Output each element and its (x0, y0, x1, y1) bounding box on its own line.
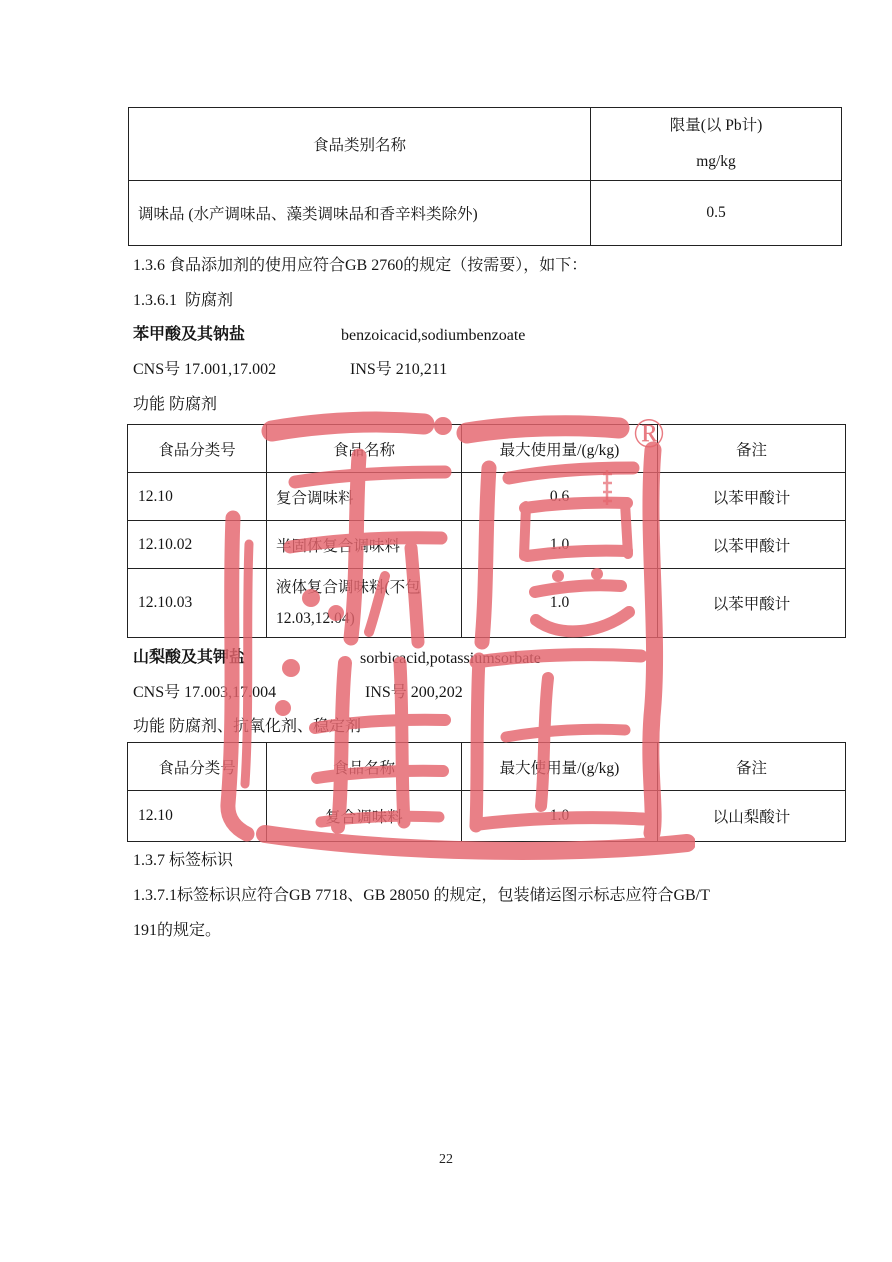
limit-header-line2: mg/kg (591, 144, 841, 180)
header-cell: 备注 (658, 425, 846, 473)
additive1-cns: CNS号 17.001,17.002 (133, 360, 276, 380)
header-cell-limit: 限量(以 Pb计) mg/kg (591, 108, 842, 181)
lead-limit-table: 食品类别名称 限量(以 Pb计) mg/kg 调味品 (水产调味品、藻类调味品和… (128, 107, 842, 246)
cell-food: 半固体复合调味料 (267, 521, 462, 569)
page-number: 22 (0, 1152, 892, 1168)
cell-max: 0.6 (462, 473, 658, 521)
section-1-3-7-1-line2: 191的规定。 (133, 921, 221, 941)
header-cell-category: 食品类别名称 (129, 108, 591, 181)
additive2-usage-table: 食品分类号 食品名称 最大使用量/(g/kg) 备注 12.10 复合调味料 1… (127, 742, 846, 842)
additive1-function: 功能 防腐剂 (133, 395, 217, 415)
table-row: 12.10.02 半固体复合调味料 1.0 以苯甲酸计 (128, 521, 846, 569)
food-name-line2: 12.03,12.04) (276, 603, 461, 634)
additive1-ins: INS号 210,211 (350, 360, 447, 380)
cell-food: 复合调味料 (267, 473, 462, 521)
section-1-3-7: 1.3.7 标签标识 (133, 851, 233, 871)
additive1-name-en: benzoicacid,sodiumbenzoate (341, 326, 525, 346)
additive2-function: 功能 防腐剂、抗氧化剂、稳定剂 (133, 717, 361, 737)
additive1-name-cn: 苯甲酸及其钠盐 (133, 325, 245, 345)
header-cell: 最大使用量/(g/kg) (462, 743, 658, 791)
cell-max: 1.0 (462, 791, 658, 842)
cell-note: 以苯甲酸计 (658, 521, 846, 569)
section-1-3-6: 1.3.6 食品添加剂的使用应符合GB 2760的规定（按需要），如下： (133, 256, 587, 276)
limit-header-line1: 限量(以 Pb计) (591, 108, 841, 144)
section-1-3-7-1-line1: 1.3.7.1标签标识应符合GB 7718、GB 28050 的规定，包装储运图… (133, 886, 710, 906)
cell-food: 复合调味料 (267, 791, 462, 842)
additive2-name-en: sorbicacid,potassiumsorbate (360, 649, 541, 669)
food-name-line1: 液体复合调味料(不包 (276, 572, 461, 603)
cell-max: 1.0 (462, 569, 658, 638)
cell-code: 12.10.02 (128, 521, 267, 569)
section-1-3-6-1: 1.3.6.1 防腐剂 (133, 291, 233, 311)
table-row: 12.10 复合调味料 1.0 以山梨酸计 (128, 791, 846, 842)
additive1-usage-table: 食品分类号 食品名称 最大使用量/(g/kg) 备注 12.10 复合调味料 0… (127, 424, 846, 638)
cell-note: 以苯甲酸计 (658, 473, 846, 521)
header-cell: 食品分类号 (128, 425, 267, 473)
cell-category: 调味品 (水产调味品、藻类调味品和香辛料类除外) (129, 181, 591, 246)
header-cell: 食品名称 (267, 425, 462, 473)
cell-code: 12.10 (128, 791, 267, 842)
cell-limit-value: 0.5 (591, 181, 842, 246)
header-cell: 最大使用量/(g/kg) (462, 425, 658, 473)
cell-note: 以苯甲酸计 (658, 569, 846, 638)
additive2-ins: INS号 200,202 (365, 683, 463, 703)
additive2-cns: CNS号 17.003,17.004 (133, 683, 276, 703)
cell-note: 以山梨酸计 (658, 791, 846, 842)
document-page: 食品类别名称 限量(以 Pb计) mg/kg 调味品 (水产调味品、藻类调味品和… (0, 0, 892, 1262)
cell-food: 液体复合调味料(不包 12.03,12.04) (267, 569, 462, 638)
cell-code: 12.10 (128, 473, 267, 521)
cell-max: 1.0 (462, 521, 658, 569)
header-cell: 食品名称 (267, 743, 462, 791)
table-row: 调味品 (水产调味品、藻类调味品和香辛料类除外) 0.5 (129, 181, 842, 246)
header-cell: 食品分类号 (128, 743, 267, 791)
table-row: 12.10 复合调味料 0.6 以苯甲酸计 (128, 473, 846, 521)
header-cell: 备注 (658, 743, 846, 791)
table-row: 12.10.03 液体复合调味料(不包 12.03,12.04) 1.0 以苯甲… (128, 569, 846, 638)
additive2-name-cn: 山梨酸及其钾盐 (133, 648, 245, 668)
cell-code: 12.10.03 (128, 569, 267, 638)
